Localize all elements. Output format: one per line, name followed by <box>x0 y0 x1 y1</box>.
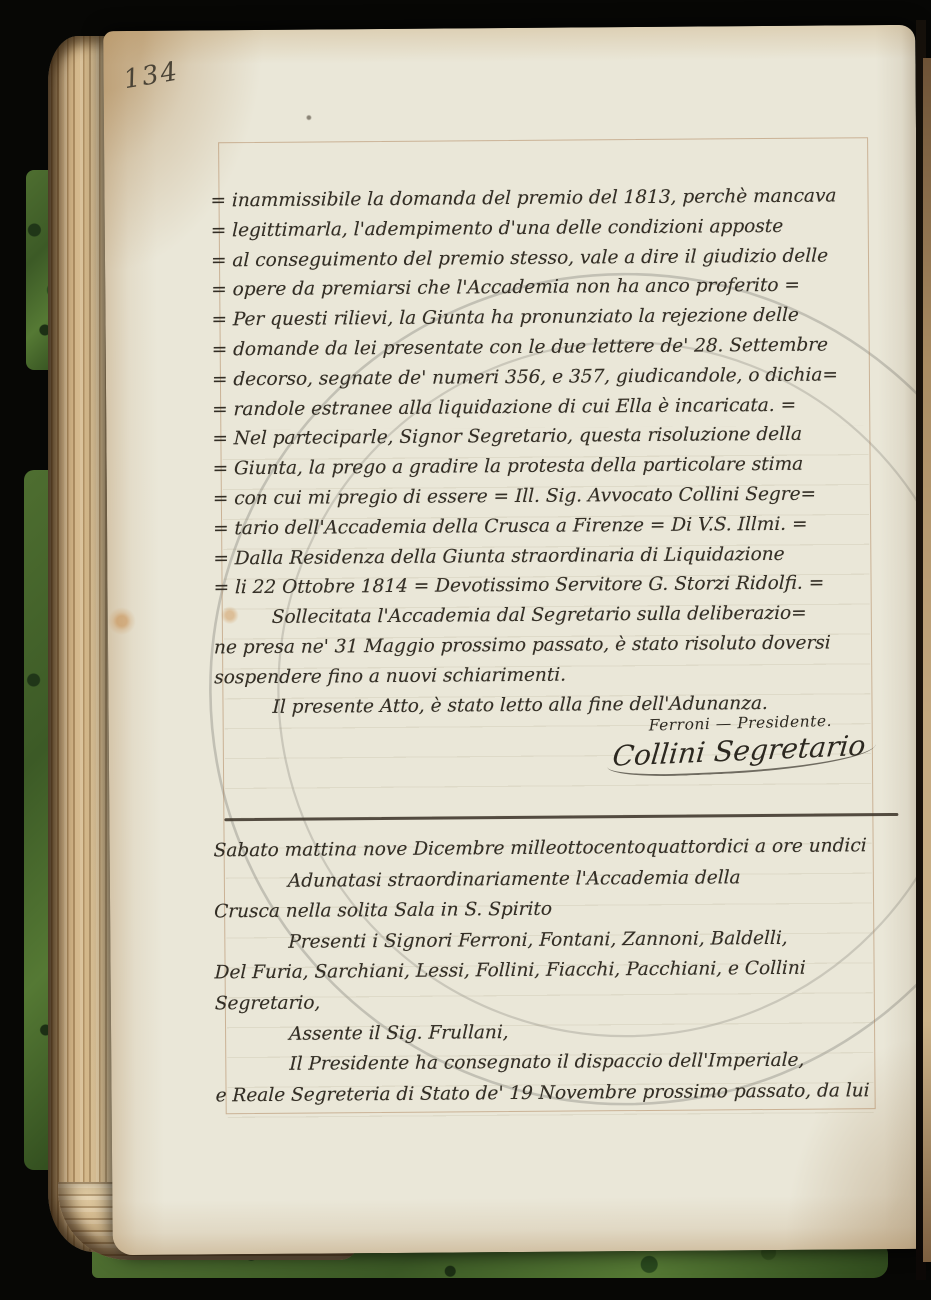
minutes-entry-first: = inammissibile la domanda del premio de… <box>210 181 892 723</box>
manuscript-line: = decorso, segnate de' numeri 356, e 357… <box>212 360 891 395</box>
manuscript-line: = legittimarla, l'adempimento d'una dell… <box>210 211 889 246</box>
manuscript-line: e Reale Segreteria di Stato de' 19 Novem… <box>215 1076 898 1112</box>
manuscript-line: Crusca nella solita Sala in S. Spirito <box>214 892 897 928</box>
manuscript-line: Il Presidente ha consegnato il dispaccio… <box>215 1045 898 1081</box>
manuscript-line: = tario dell'Accademia della Crusca a Fi… <box>213 509 892 544</box>
minutes-entry-second: Sabato mattina nove Dicembre milleottoce… <box>214 831 898 1112</box>
manuscript-line: sospendere fino a nuovi schiarimenti. <box>214 658 893 693</box>
manuscript-line: Segretario, <box>214 984 897 1020</box>
manuscript-line: Sabato mattina nove Dicembre milleottoce… <box>213 831 896 867</box>
folio-number: 134 <box>121 56 181 95</box>
manuscript-page: 134 = inammissibile la domanda del premi… <box>103 25 925 1255</box>
next-leaf-edge <box>923 58 931 1262</box>
